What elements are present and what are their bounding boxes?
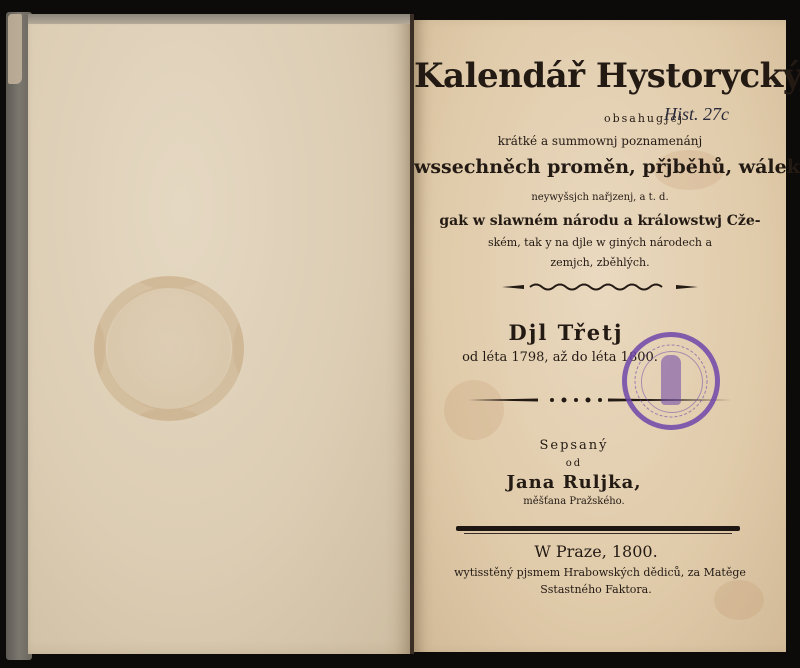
book-spread: Kalendář Hystorycký, obsahugjcj Hist. 27…: [0, 0, 800, 668]
thin-rule: [464, 533, 732, 534]
author-description: měšťana Pražského.: [388, 496, 760, 507]
subtitle-line-3: neywyšsjch nařjzenj, a t. d.: [414, 192, 786, 203]
book-title: Kalendář Hystorycký,: [414, 56, 786, 96]
cover-tear: [8, 14, 22, 84]
title-page: Kalendář Hystorycký, obsahugjcj Hist. 27…: [414, 20, 786, 652]
subtitle-line-6: zemjch, zběhlých.: [414, 256, 786, 269]
by-label: od: [388, 458, 760, 469]
circular-stain: [94, 276, 244, 421]
foxing-stain: [444, 380, 504, 440]
left-page-top-edge: [28, 14, 412, 24]
handwritten-shelfmark: Hist. 27c: [664, 104, 729, 125]
subtitle-line-2: wssechněch proměn, přjběhů, wálek,: [414, 156, 786, 178]
printer-line-1: wytisstěný pjsmem Hrabowských dědiců, za…: [414, 566, 786, 579]
subtitle-line-5: ském, tak y na djle w giných národech a: [414, 236, 786, 249]
thick-rule: [456, 526, 740, 531]
library-stamp: [622, 332, 720, 430]
ornament-divider-icon: [502, 282, 698, 292]
subtitle-line-4: gak w slawném národu a králowstwj Cže-: [414, 213, 786, 229]
subtitle-line-1: krátké a summownj poznamenánj: [414, 134, 786, 148]
written-by-label: Sepsaný: [388, 438, 760, 453]
subtitle-word: obsahugjcj: [458, 112, 800, 125]
place-year: W Praze, 1800.: [410, 542, 782, 561]
left-page: [28, 14, 412, 654]
stamp-saint-figure-icon: [661, 355, 681, 405]
author-name: Jana Ruljka,: [388, 472, 760, 493]
printer-line-2: Sstastného Faktora.: [410, 583, 782, 596]
